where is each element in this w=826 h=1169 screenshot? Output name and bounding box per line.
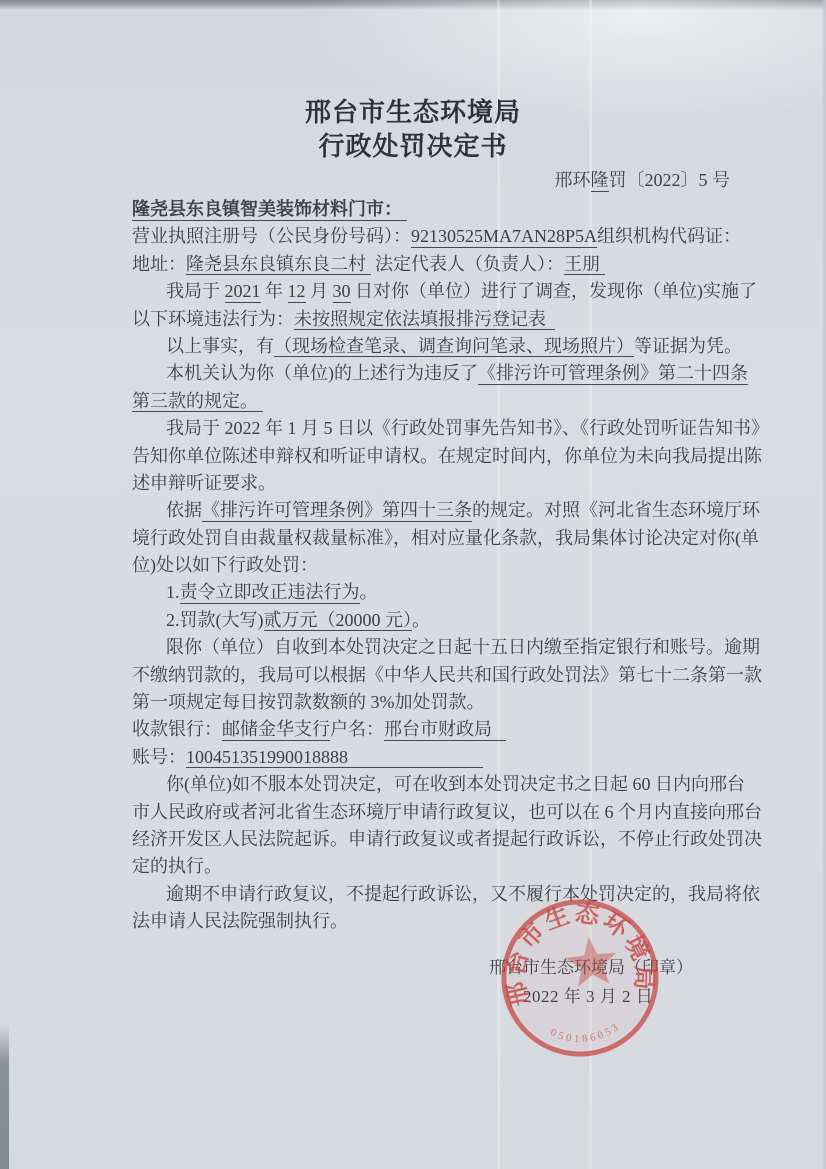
- text-segment: 1.: [166, 582, 180, 602]
- text-segment: 告知你单位陈述申辩权和听证申请权。在规定时间内，你单位为未向我局提出陈: [132, 446, 762, 466]
- document-line: 收款银行：邮储金华支行户名：邢台市财政局: [132, 716, 714, 743]
- text-segment: 2021: [225, 281, 261, 303]
- text-segment: 限你（单位）自收到本处罚决定之日起十五日内缴至指定银行和账号。逾期: [166, 637, 760, 657]
- document-title: 邢台市生态环境局 行政处罚决定书: [0, 96, 826, 164]
- document-number: 邢环隆罚〔2022〕5 号: [555, 166, 731, 192]
- text-segment: 月: [306, 281, 333, 301]
- penalty-decision-document: 邢台市生态环境局 行政处罚决定书 邢环隆罚〔2022〕5 号 隆尧县东良镇智美装…: [0, 0, 826, 1169]
- text-segment: 户名：: [330, 719, 384, 739]
- document-line: 以上事实，有（现场检查笔录、调查询问笔录、现场照片）等证据为凭。: [132, 333, 714, 360]
- document-line: 我局于 2021 年 12 月 30 日对你（单位）进行了调查，发现你（单位)实…: [132, 278, 714, 305]
- document-line: 账号：100451351990018888: [132, 744, 714, 771]
- text-segment: 第一项规定每日按罚款数额的 3%加处罚款。: [132, 692, 485, 712]
- text-segment: 92130525MA7AN28P5A: [411, 226, 597, 248]
- text-segment: 《排污许可管理条例》第四十三条: [202, 500, 472, 522]
- text-segment: 位)处以如下行政处罚：: [132, 555, 318, 575]
- document-line: 2.罚款(大写)贰万元（20000 元）。: [132, 607, 714, 634]
- document-line: 隆尧县东良镇智美装饰材料门市：: [132, 196, 714, 223]
- text-segment: 责令立即改正违法行为: [180, 582, 360, 604]
- text-segment: 以上事实，有: [166, 336, 274, 356]
- document-line: 市人民政府或者河北省生态环境厅申请行政复议，也可以在 6 个月内直接向邢台: [132, 799, 714, 826]
- text-segment: 法申请人民法院强制执行。: [132, 911, 348, 931]
- text-segment: 组织机构代码证：: [597, 226, 741, 246]
- text-segment: 地址：: [132, 254, 186, 274]
- title-agency: 邢台市生态环境局: [0, 96, 826, 130]
- signature-block: 邢台市生态环境局（印章） 2022 年 3 月 2 日: [489, 953, 693, 1011]
- document-line: 经济开发区人民法院起诉。申请行政复议或者提起行政诉讼，不停止行政处罚决: [132, 826, 714, 853]
- document-line: 位)处以如下行政处罚：: [132, 552, 714, 579]
- text-segment: 。: [360, 582, 378, 602]
- document-line: 不缴纳罚款的，我局可以根据《中华人民共和国行政处罚法》第七十二条第一款: [132, 662, 714, 689]
- text-segment: 30: [333, 281, 351, 303]
- text-segment: 邢台市财政局: [384, 719, 506, 741]
- text-segment: 。: [412, 610, 430, 630]
- title-doc-type: 行政处罚决定书: [0, 130, 826, 164]
- document-line: 本机关认为你（单位)的上述行为违反了《排污许可管理条例》第二十四条: [132, 360, 714, 387]
- document-line: 以下环境违法行为：未按照规定依法填报排污登记表: [132, 306, 714, 333]
- text-segment: 等证据为凭。: [634, 336, 742, 356]
- document-line: 述申辩听证要求。: [132, 470, 714, 497]
- text-segment: 不缴纳罚款的，我局可以根据《中华人民共和国行政处罚法》第七十二条第一款: [132, 665, 762, 685]
- text-segment: 境行政处罚自由裁量权裁量标准》，相对应量化条款，我局集体讨论决定对你(单: [132, 528, 759, 548]
- text-segment: 2.罚款(大写): [166, 610, 264, 630]
- text-segment: 100451351990018888: [186, 747, 483, 769]
- text-segment: 贰万元（20000 元）: [264, 610, 413, 632]
- text-segment: 年: [261, 281, 288, 301]
- document-line: 地址：隆尧县东良镇东良二村 法定代表人（负责人）：王朋: [132, 251, 714, 278]
- text-segment: 逾期不申请行政复议，不提起行政诉讼，又不履行本处罚决定的，我局将依: [166, 884, 760, 904]
- document-line: 1.责令立即改正违法行为。: [132, 579, 714, 606]
- text-segment: 市人民政府或者河北省生态环境厅申请行政复议，也可以在 6 个月内直接向邢台: [132, 802, 762, 822]
- text-segment: 隆尧县东良镇智美装饰材料门市：: [132, 199, 407, 221]
- text-segment: 定的执行。: [132, 856, 222, 876]
- text-segment: 账号：: [132, 747, 186, 767]
- document-line: 第三款的规定。: [132, 388, 714, 415]
- scan-edge-right: [821, 0, 826, 1169]
- text-segment: 第三款的规定。: [132, 391, 263, 413]
- text-segment: 本机关认为你（单位)的上述行为违反了: [166, 363, 478, 383]
- document-line: 境行政处罚自由裁量权裁量标准》，相对应量化条款，我局集体讨论决定对你(单: [132, 525, 714, 552]
- document-line: 逾期不申请行政复议，不提起行政诉讼，又不履行本处罚决定的，我局将依: [132, 881, 714, 908]
- text-segment: 我局于 2022 年 1 月 5 日以《行政处罚事先告知书》、《行政处罚听证告知…: [166, 418, 769, 438]
- text-segment: 12: [288, 281, 306, 303]
- document-line: 法申请人民法院强制执行。: [132, 908, 714, 935]
- document-body: 隆尧县东良镇智美装饰材料门市： 营业执照注册号（公民身份号码）：92130525…: [132, 196, 714, 936]
- text-segment: （现场检查笔录、调查询问笔录、现场照片）: [274, 336, 634, 358]
- document-line: 我局于 2022 年 1 月 5 日以《行政处罚事先告知书》、《行政处罚听证告知…: [132, 415, 714, 442]
- text-segment: 法定代表人（负责人）：: [375, 254, 564, 274]
- document-line: 定的执行。: [132, 853, 714, 880]
- text-segment: 营业执照注册号（公民身份号码）：: [132, 226, 411, 246]
- text-segment: 你(单位)如不服本处罚决定，可在收到本处罚决定书之日起 60 日内向邢台: [166, 774, 745, 794]
- text-segment: 邮储金华支行: [222, 719, 330, 741]
- scan-edge-left: [0, 1024, 9, 1169]
- text-segment: 王朋: [564, 254, 605, 276]
- text-segment: 述申辩听证要求。: [132, 473, 276, 493]
- document-line: 你(单位)如不服本处罚决定，可在收到本处罚决定书之日起 60 日内向邢台: [132, 771, 714, 798]
- text-segment: 《排污许可管理条例》第二十四条: [478, 363, 748, 385]
- document-line: 依据《排污许可管理条例》第四十三条的规定。对照《河北省生态环境厅环: [132, 497, 714, 524]
- text-segment: 依据: [166, 500, 202, 520]
- text-segment: 日对你（单位）进行了调查，发现你（单位)实施了: [351, 281, 758, 301]
- signature-issuer: 邢台市生态环境局（印章）: [489, 953, 693, 982]
- signature-date: 2022 年 3 月 2 日: [489, 982, 693, 1011]
- text-segment: 未按照规定依法填报排污登记表: [294, 309, 555, 331]
- text-segment: 我局于: [166, 281, 225, 301]
- text-segment: 经济开发区人民法院起诉。申请行政复议或者提起行政诉讼，不停止行政处罚决: [132, 829, 762, 849]
- text-segment: 罚〔2022〕5 号: [609, 170, 731, 190]
- text-segment: 邢环: [555, 170, 591, 190]
- document-line: 营业执照注册号（公民身份号码）：92130525MA7AN28P5A组织机构代码…: [132, 223, 714, 250]
- document-line: 告知你单位陈述申辩权和听证申请权。在规定时间内，你单位为未向我局提出陈: [132, 443, 714, 470]
- document-line: 限你（单位）自收到本处罚决定之日起十五日内缴至指定银行和账号。逾期: [132, 634, 714, 661]
- text-segment: 以下环境违法行为：: [132, 309, 294, 329]
- text-segment: 的规定。对照《河北省生态环境厅环: [472, 500, 760, 520]
- text-segment: 隆: [591, 170, 609, 192]
- text-segment: 隆尧县东良镇东良二村: [186, 254, 371, 276]
- document-line: 第一项规定每日按罚款数额的 3%加处罚款。: [132, 689, 714, 716]
- text-segment: 收款银行：: [132, 719, 222, 739]
